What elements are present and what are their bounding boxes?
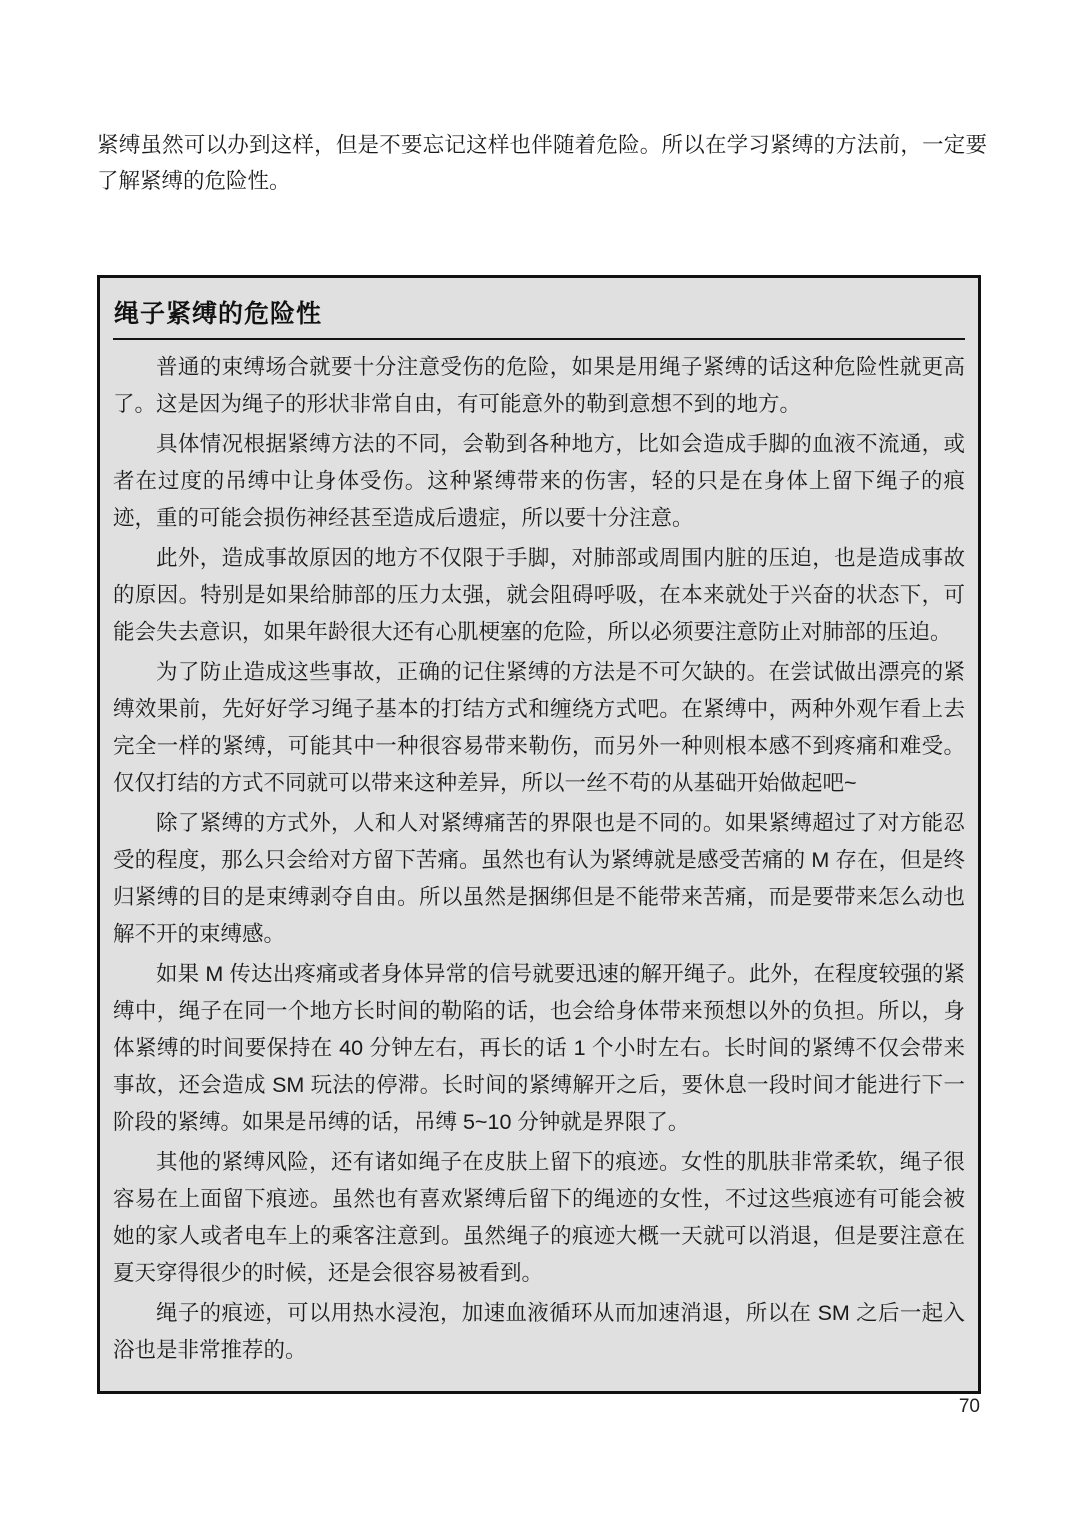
box-paragraph: 除了紧缚的方式外，人和人对紧缚痛苦的界限也是不同的。如果紧缚超过了对方能忍受的程… — [113, 805, 965, 953]
page-number: 70 — [959, 1396, 980, 1418]
danger-box-title: 绳子紧缚的危险性 — [114, 298, 965, 330]
box-paragraph: 其他的紧缚风险，还有诸如绳子在皮肤上留下的痕迹。女性的肌肤非常柔软，绳子很容易在… — [113, 1144, 965, 1292]
danger-box-body: 普通的束缚场合就要十分注意受伤的危险，如果是用绳子紧缚的话这种危险性就更高了。这… — [113, 349, 965, 1369]
danger-box: 绳子紧缚的危险性 普通的束缚场合就要十分注意受伤的危险，如果是用绳子紧缚的话这种… — [97, 275, 981, 1394]
box-paragraph: 此外，造成事故原因的地方不仅限于手脚，对肺部或周围内脏的压迫，也是造成事故的原因… — [113, 540, 965, 651]
box-paragraph: 具体情况根据紧缚方法的不同，会勒到各种地方，比如会造成手脚的血液不流通，或者在过… — [113, 426, 965, 537]
document-page: 紧缚虽然可以办到这样，但是不要忘记这样也伴随着危险。所以在学习紧缚的方法前，一定… — [0, 0, 1080, 1527]
box-paragraph: 普通的束缚场合就要十分注意受伤的危险，如果是用绳子紧缚的话这种危险性就更高了。这… — [113, 349, 965, 423]
box-paragraph: 如果 M 传达出疼痛或者身体异常的信号就要迅速的解开绳子。此外，在程度较强的紧缚… — [113, 956, 965, 1141]
box-paragraph: 为了防止造成这些事故，正确的记住紧缚的方法是不可欠缺的。在尝试做出漂亮的紧缚效果… — [113, 654, 965, 802]
intro-paragraph: 紧缚虽然可以办到这样，但是不要忘记这样也伴随着危险。所以在学习紧缚的方法前，一定… — [97, 127, 987, 199]
box-paragraph: 绳子的痕迹，可以用热水浸泡，加速血液循环从而加速消退，所以在 SM 之后一起入浴… — [113, 1295, 965, 1369]
title-divider — [113, 338, 965, 340]
